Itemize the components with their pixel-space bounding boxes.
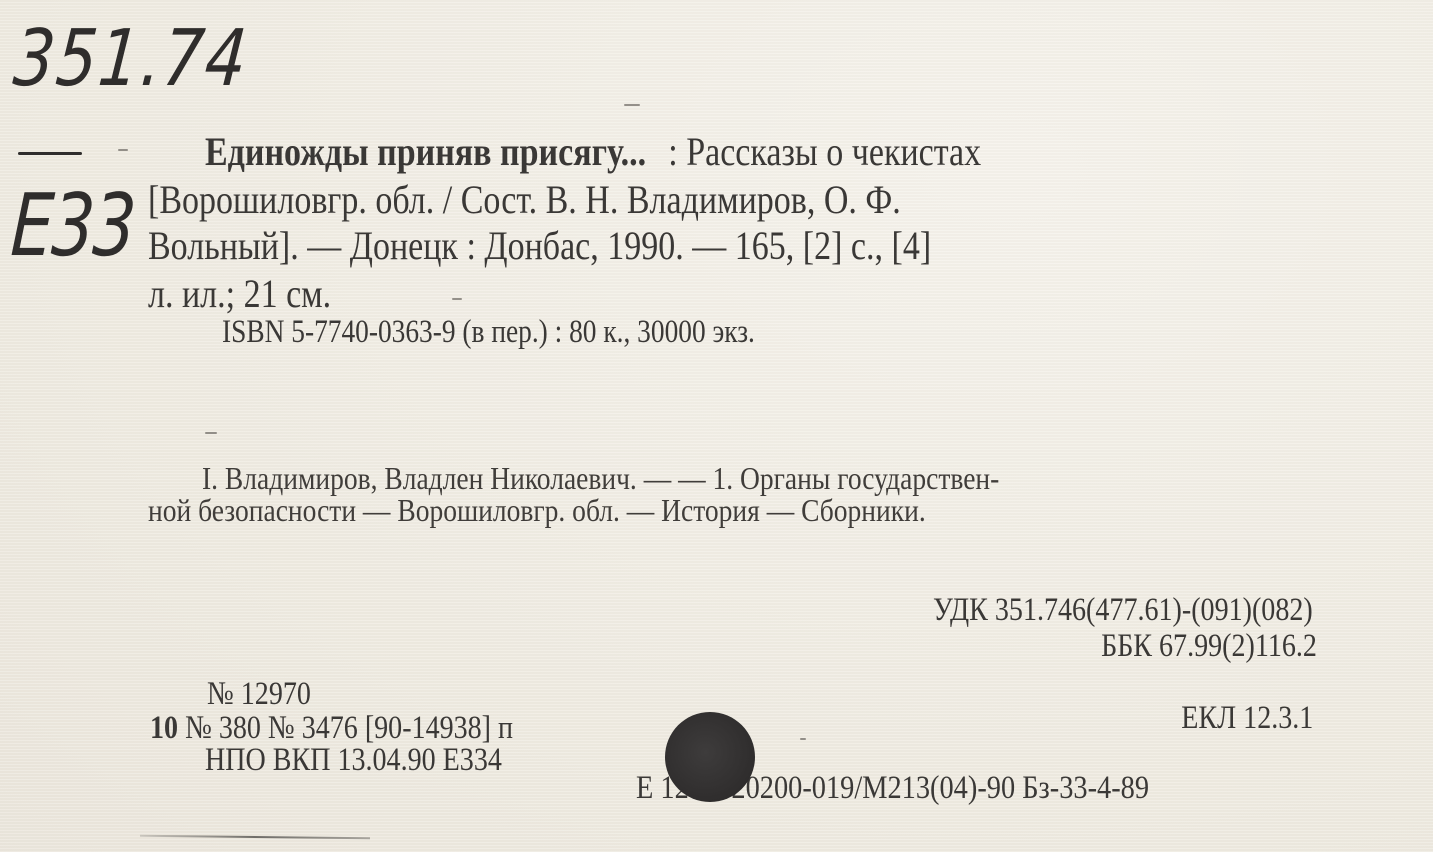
udk-classification: УДК 351.746(477.61)-(091)(082) [933, 592, 1313, 629]
call-number-class-mark: 351.74 [10, 14, 251, 104]
book-subtitle: : Рассказы о чекистах [668, 129, 981, 174]
paper-speck [118, 149, 128, 151]
paper-speck [452, 298, 462, 300]
ekl-classification: ЕКЛ 12.3.1 [1181, 700, 1313, 737]
paper-speck [800, 738, 806, 740]
paper-speck [624, 104, 640, 106]
paper-speck [205, 432, 217, 434]
paper-scratch [140, 835, 370, 839]
printer-line: НПО ВКП 13.04.90 Е334 [205, 742, 502, 779]
subject-headings-line-2: ной безопасности — Ворошиловгр. обл. — И… [148, 492, 926, 529]
print-quantity: 10 [150, 710, 178, 746]
book-title: Единожды приняв присягу... [205, 129, 646, 174]
call-number-divider [18, 152, 82, 155]
isbn-line: ISBN 5-7740-0363-9 (в пер.) : 80 к., 300… [222, 314, 755, 351]
responsibility-line: [Ворошиловгр. обл. / Сост. В. Н. Владими… [148, 176, 901, 223]
bbk-classification: ББК 67.99(2)116.2 [1101, 628, 1317, 665]
card-number: № 12970 [207, 676, 311, 713]
title-line: Единожды приняв присягу...: Рассказы о ч… [205, 128, 981, 175]
call-number-author-mark: Е33 [9, 176, 138, 276]
publication-line: Вольный]. — Донецк : Донбас, 1990. — 165… [148, 222, 931, 269]
print-order-numbers: № 380 № 3476 [90-14938] п [185, 710, 513, 746]
physical-description-line: л. ил.; 21 см. [148, 270, 331, 317]
card-punch-hole [665, 712, 755, 802]
